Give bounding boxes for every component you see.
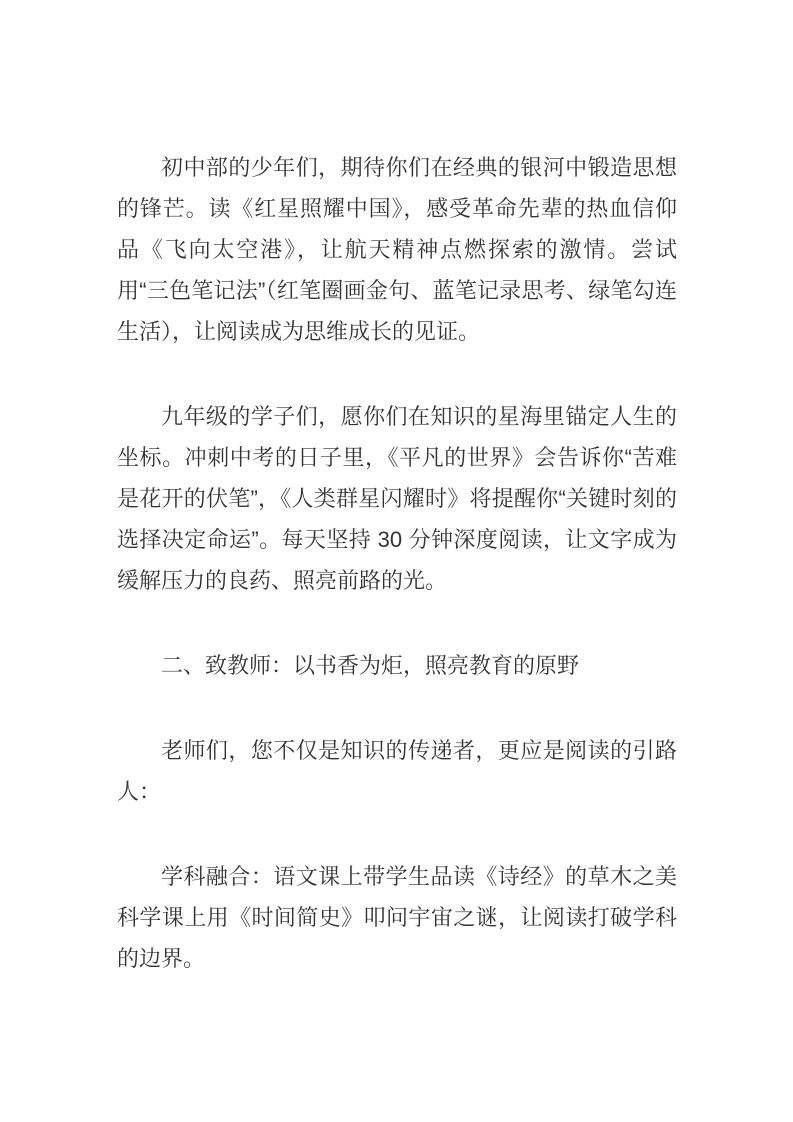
paragraph-teachers-intro: 老师们，您不仅是知识的传递者，更应是阅读的引路人： [117,730,677,812]
section-heading-to-teachers: 二、致教师：以书香为炬，照亮教育的原野 [117,645,677,686]
paragraph-subject-fusion: 学科融合：语文课上带学生品读《诗经》的草木之美科学课上用《时间简史》叩问宇宙之谜… [117,856,677,979]
paragraph-junior-students: 初中部的少年们，期待你们在经典的银河中锻造思想的锋芒。读《红星照耀中国》，感受革… [117,147,677,352]
document-page: 初中部的少年们，期待你们在经典的银河中锻造思想的锋芒。读《红星照耀中国》，感受革… [0,0,793,1122]
paragraph-grade-nine-students: 九年级的学子们，愿你们在知识的星海里锚定人生的坐标。冲刺中考的日子里，《平凡的世… [117,396,677,601]
